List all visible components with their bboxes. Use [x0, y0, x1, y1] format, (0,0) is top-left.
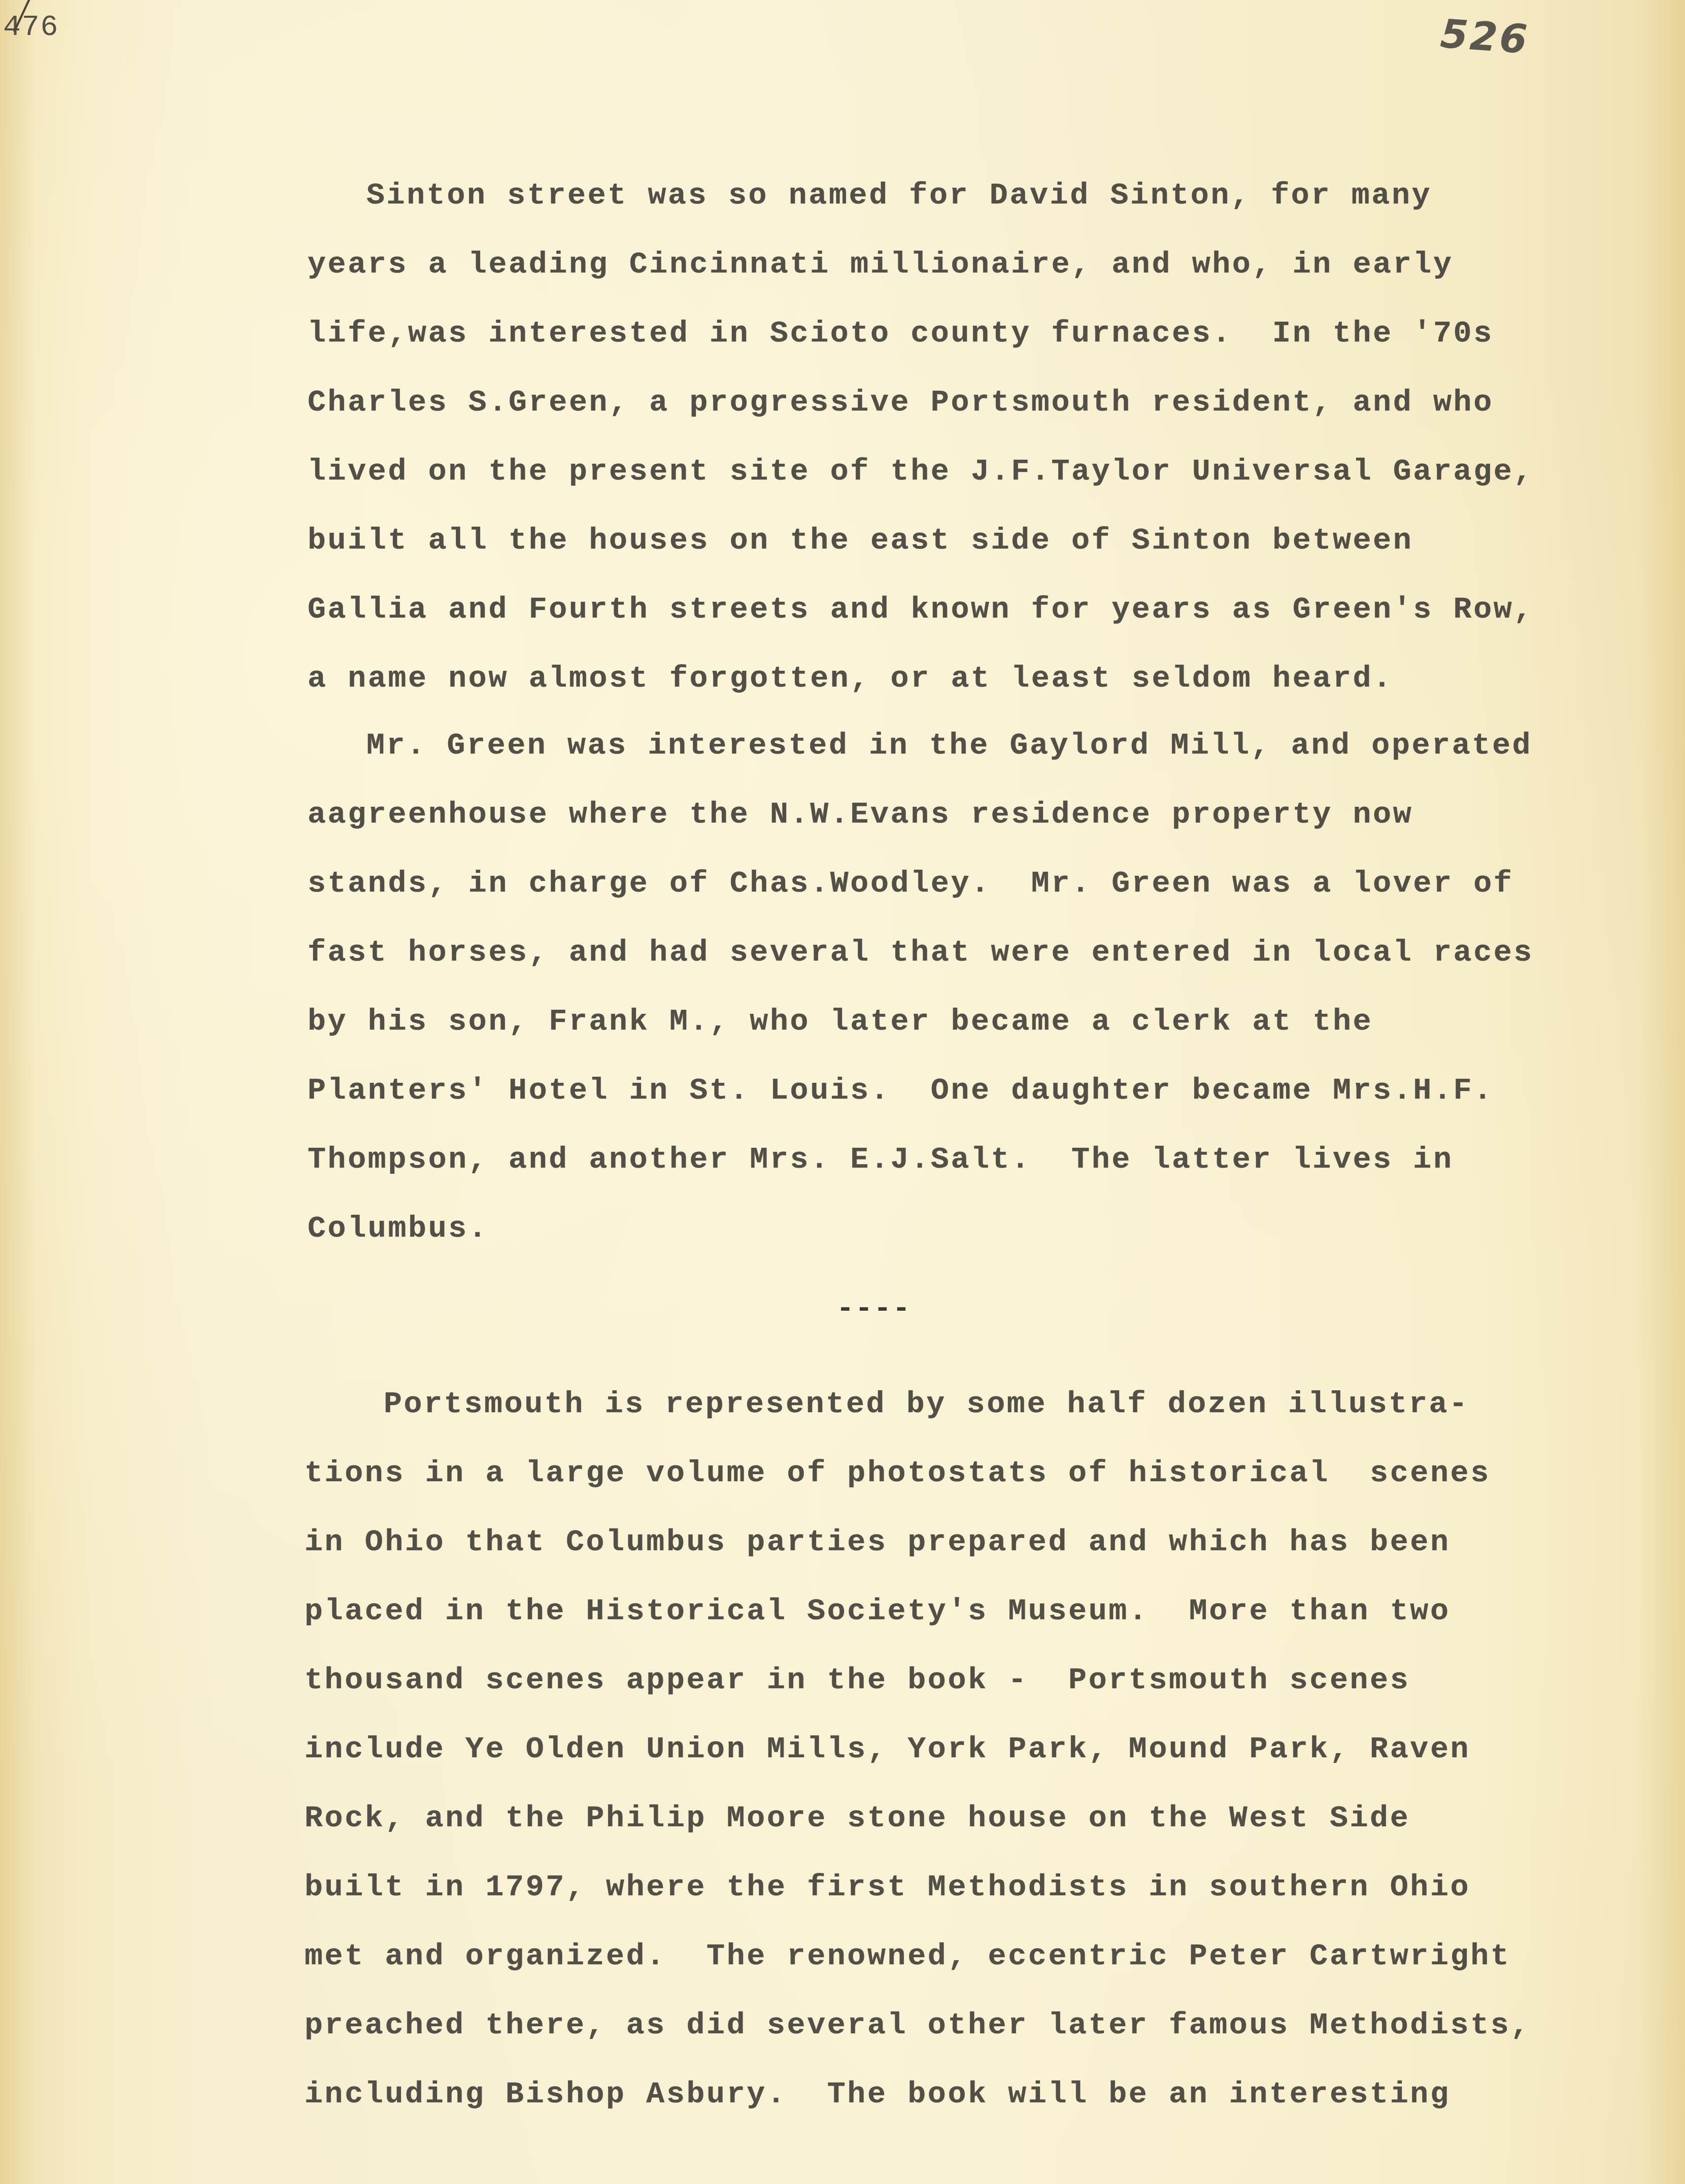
text-line: thousand scenes appear in the book - Por…	[305, 1665, 1410, 1696]
text-line: Mr. Green was interested in the Gaylord …	[366, 731, 1532, 761]
typed-page-number: 476	[3, 11, 59, 44]
section-separator: ----	[836, 1293, 911, 1326]
text-line: Planters' Hotel in St. Louis. One daught…	[308, 1076, 1494, 1106]
text-line: in Ohio that Columbus parties prepared a…	[305, 1527, 1451, 1558]
document-page: 476 526 Sinton street was so named for D…	[0, 0, 1685, 2184]
text-line: stands, in charge of Chas.Woodley. Mr. G…	[308, 869, 1513, 899]
text-line: include Ye Olden Union Mills, York Park,…	[305, 1734, 1470, 1765]
page-edge-right	[1639, 0, 1685, 2184]
text-line: by his son, Frank M., who later became a…	[308, 1007, 1373, 1037]
text-line: Charles S.Green, a progressive Portsmout…	[308, 388, 1494, 418]
text-line: met and organized. The renowned, eccentr…	[305, 1941, 1510, 1972]
text-line: Rock, and the Philip Moore stone house o…	[305, 1803, 1410, 1834]
text-line: Gallia and Fourth streets and known for …	[308, 595, 1534, 625]
text-line: lived on the present site of the J.F.Tay…	[308, 457, 1534, 487]
text-line: fast horses, and had several that were e…	[308, 938, 1534, 968]
text-line: Sinton street was so named for David Sin…	[366, 181, 1432, 211]
text-line: Columbus.	[308, 1214, 488, 1244]
text-line: aagreenhouse where the N.W.Evans residen…	[308, 800, 1413, 830]
text-line: built in 1797, where the first Methodist…	[305, 1872, 1470, 1903]
page-edge-left	[0, 0, 36, 2184]
text-line: Thompson, and another Mrs. E.J.Salt. The…	[308, 1145, 1454, 1175]
text-line: Portsmouth is represented by some half d…	[384, 1389, 1469, 1420]
text-line: a name now almost forgotten, or at least…	[308, 664, 1393, 694]
text-line: placed in the Historical Society's Museu…	[305, 1596, 1451, 1627]
handwritten-page-number: 526	[1439, 11, 1531, 63]
text-line: preached there, as did several other lat…	[305, 2010, 1531, 2041]
text-line: built all the houses on the east side of…	[308, 526, 1413, 556]
text-line: tions in a large volume of photostats of…	[305, 1458, 1491, 1489]
text-line: including Bishop Asbury. The book will b…	[305, 2079, 1451, 2110]
text-line: years a leading Cincinnati millionaire, …	[308, 250, 1454, 280]
text-line: life,was interested in Scioto county fur…	[308, 319, 1494, 349]
